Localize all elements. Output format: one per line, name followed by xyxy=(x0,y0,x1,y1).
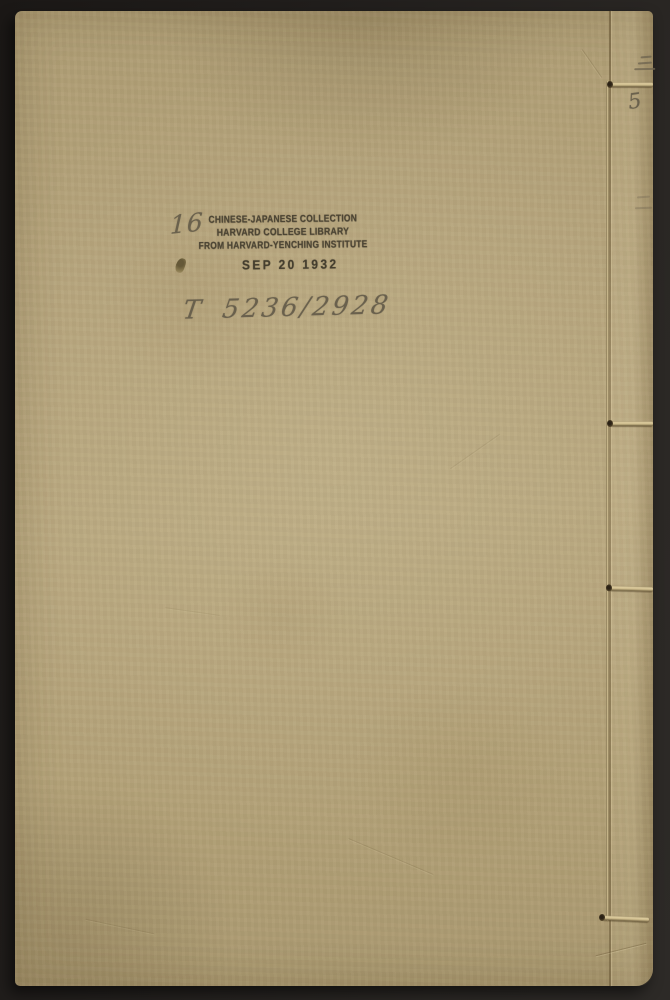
scan-background: 5 CHINESE-JAPANESE COLLECTION HARVARD CO… xyxy=(0,0,670,1000)
binding-stitch xyxy=(610,421,653,426)
spine-volume-mark xyxy=(634,54,659,73)
spine-number-mark: 5 xyxy=(626,86,659,114)
stitch-hole xyxy=(606,584,612,591)
paper-crease xyxy=(86,919,155,935)
stitch-hole xyxy=(599,914,605,921)
pencil-stroke xyxy=(638,62,652,65)
paper-crease xyxy=(348,838,433,875)
stitch-hole xyxy=(607,81,613,88)
stamp-line-institute: FROM HARVARD-YENCHING INSTITUTE xyxy=(186,238,379,253)
spine-strip xyxy=(609,11,653,986)
pencil-stroke xyxy=(634,68,655,70)
paper-crease xyxy=(165,607,220,616)
pencil-stroke xyxy=(641,56,652,59)
stitch-hole xyxy=(607,420,613,427)
handwritten-call-number: T 5236/2928 xyxy=(181,290,393,326)
paper-crease xyxy=(582,49,602,77)
paper-texture xyxy=(15,11,653,986)
book-cover: 5 CHINESE-JAPANESE COLLECTION HARVARD CO… xyxy=(15,11,653,986)
spine-crease xyxy=(609,11,611,986)
paper-crease xyxy=(450,434,500,469)
stamp-accession-date: SEP 20 1932 xyxy=(191,256,390,273)
binding-thread-vertical xyxy=(606,81,609,921)
handwritten-item-number: 16 xyxy=(170,207,205,240)
